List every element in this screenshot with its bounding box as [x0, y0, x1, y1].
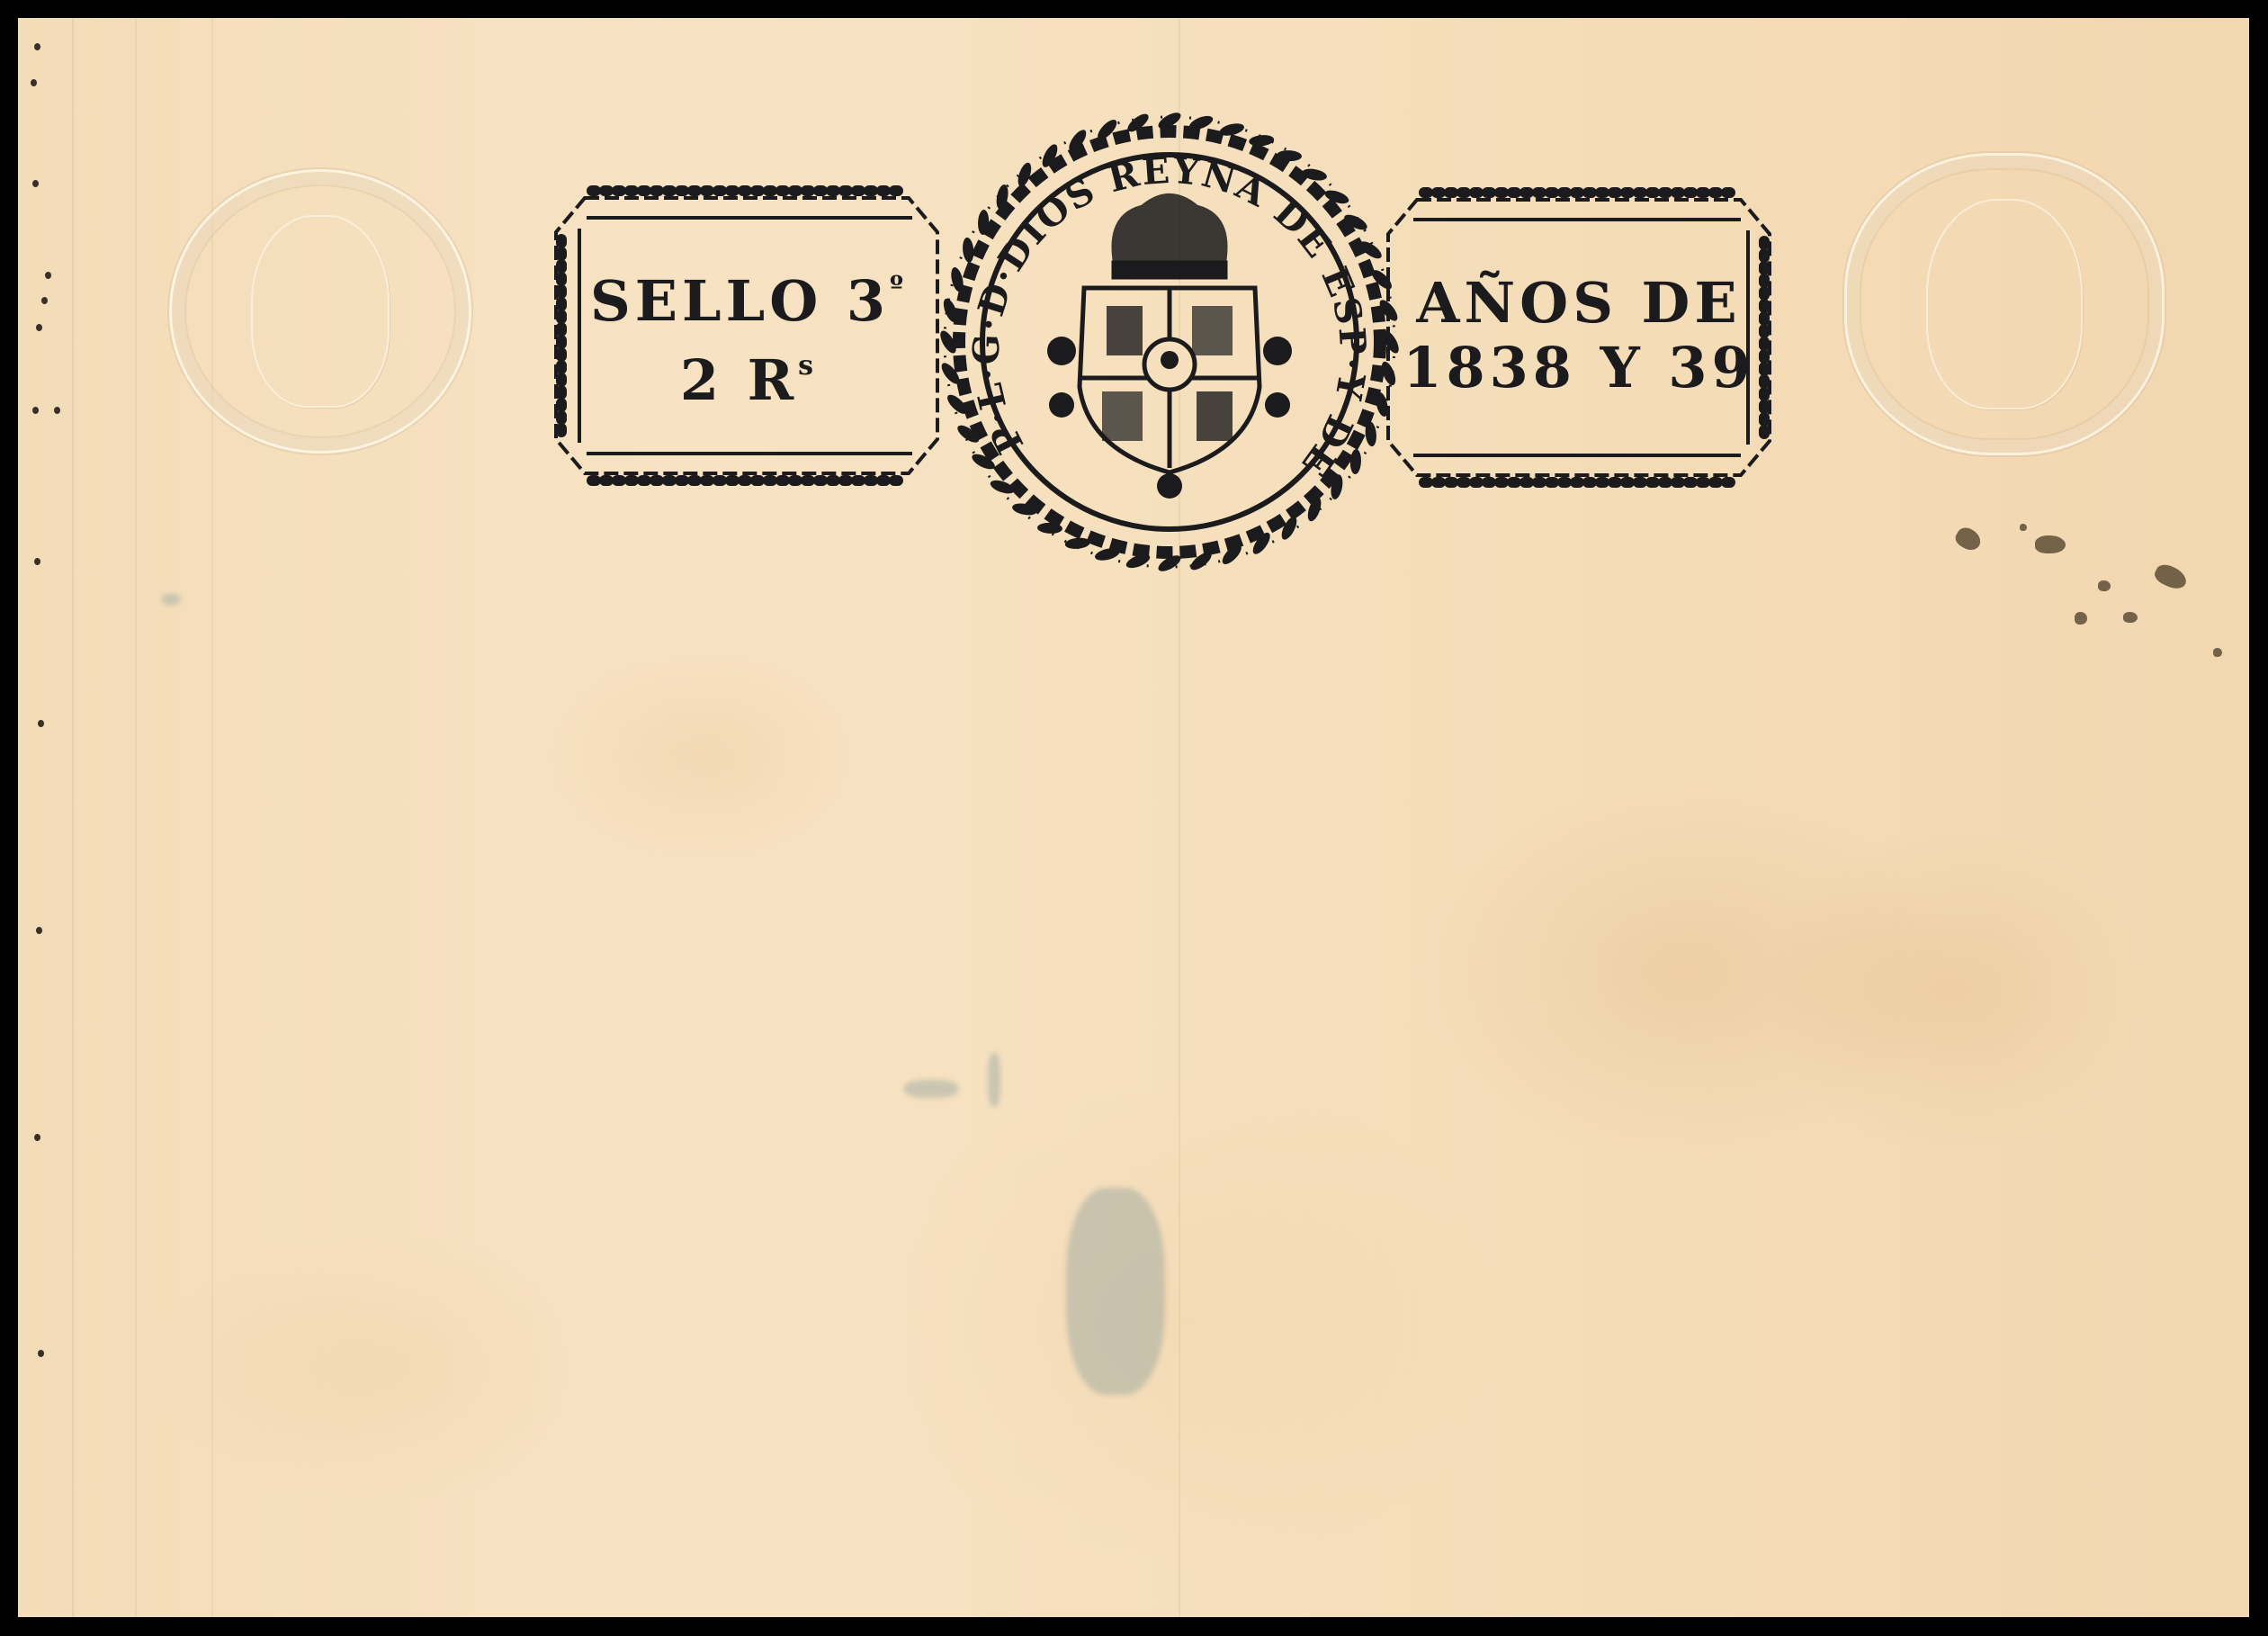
paper-fold-line — [72, 18, 74, 1617]
paper-fold-line — [135, 18, 137, 1617]
stamp-value-line: 2 Rs — [549, 334, 945, 413]
embossed-seal-left — [169, 169, 471, 454]
stamp-years-box: AÑOS DE 1838 Y 39 — [1381, 180, 1777, 491]
stamp-years-line2: 1838 Y 39 — [1381, 336, 1777, 400]
stamp-years-line1: AÑOS DE — [1381, 271, 1777, 336]
stamp-class-line: SELLO 3º — [549, 255, 945, 334]
stamp-years-text: AÑOS DE 1838 Y 39 — [1381, 271, 1777, 400]
stamp-class-box: SELLO 3º 2 Rs — [549, 178, 945, 490]
stamp-class-text: SELLO 3º 2 Rs — [549, 255, 945, 413]
royal-seal: ISABEL 2ª P·L·G·D·DIOS REYNA DE ESP·Y DE… — [936, 90, 1403, 594]
royal-seal-icon: ISABEL 2ª P·L·G·D·DIOS REYNA DE ESP·Y DE… — [936, 90, 1403, 594]
embossed-seal-right — [1844, 153, 2165, 455]
